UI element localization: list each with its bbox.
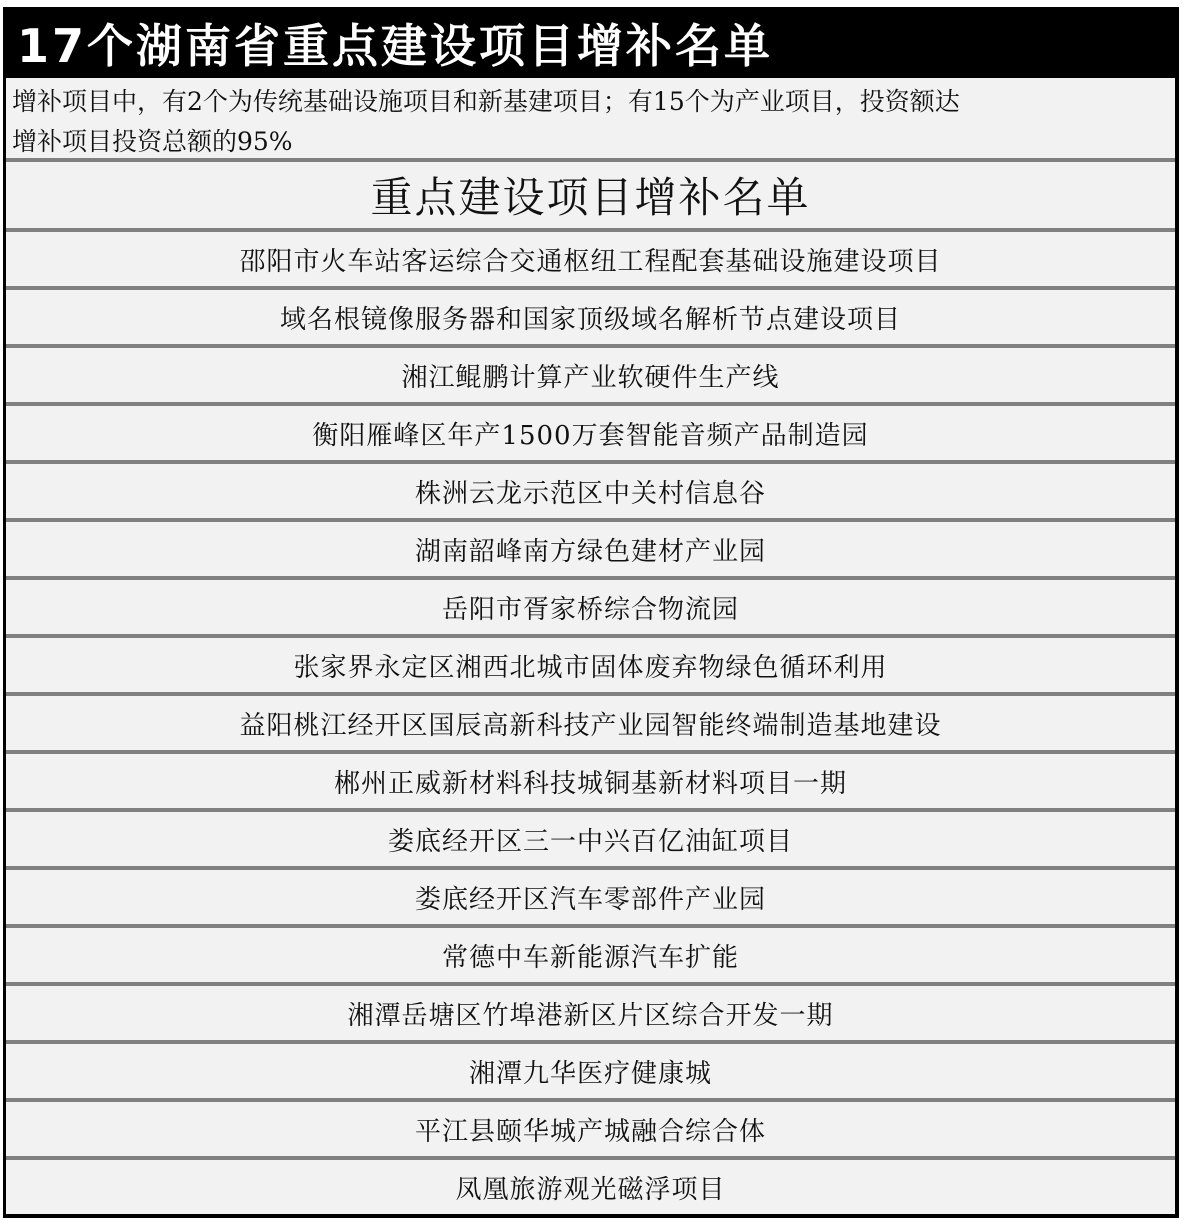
- page-title: 17个湖南省重点建设项目增补名单: [3, 7, 1179, 78]
- table-row: 湖南韶峰南方绿色建材产业园: [6, 522, 1175, 580]
- table-row: 娄底经开区汽车零部件产业园: [6, 870, 1175, 928]
- table-row: 株洲云龙示范区中关村信息谷: [6, 464, 1175, 522]
- table-row: 湘潭岳塘区竹埠港新区片区综合开发一期: [6, 986, 1175, 1044]
- table-row: 张家界永定区湘西北城市固体废弃物绿色循环利用: [6, 638, 1175, 696]
- table-row: 益阳桃江经开区国辰高新科技产业园智能终端制造基地建设: [6, 696, 1175, 754]
- table-heading: 重点建设项目增补名单: [6, 162, 1175, 232]
- project-list-sheet: 17个湖南省重点建设项目增补名单 增补项目中，有2个为传统基础设施项目和新基建项…: [3, 7, 1179, 1218]
- summary-line-2: 增补项目投资总额的95%: [12, 122, 1169, 162]
- table-row: 郴州正威新材料科技城铜基新材料项目一期: [6, 754, 1175, 812]
- table-row: 平江县颐华城产城融合综合体: [6, 1102, 1175, 1160]
- table-row: 娄底经开区三一中兴百亿油缸项目: [6, 812, 1175, 870]
- table-row: 湘潭九华医疗健康城: [6, 1044, 1175, 1102]
- summary-text: 增补项目中，有2个为传统基础设施项目和新基建项目；有15个为产业项目，投资额达 …: [6, 78, 1175, 162]
- table-row: 湘江鲲鹏计算产业软硬件生产线: [6, 348, 1175, 406]
- table-row: 域名根镜像服务器和国家顶级域名解析节点建设项目: [6, 290, 1175, 348]
- table-row: 邵阳市火车站客运综合交通枢纽工程配套基础设施建设项目: [6, 232, 1175, 290]
- table-row: 常德中车新能源汽车扩能: [6, 928, 1175, 986]
- table-row: 衡阳雁峰区年产1500万套智能音频产品制造园: [6, 406, 1175, 464]
- table-row: 凤凰旅游观光磁浮项目: [6, 1160, 1175, 1214]
- project-table: 增补项目中，有2个为传统基础设施项目和新基建项目；有15个为产业项目，投资额达 …: [3, 78, 1179, 1218]
- table-row: 岳阳市胥家桥综合物流园: [6, 580, 1175, 638]
- summary-line-1: 增补项目中，有2个为传统基础设施项目和新基建项目；有15个为产业项目，投资额达: [12, 82, 1169, 122]
